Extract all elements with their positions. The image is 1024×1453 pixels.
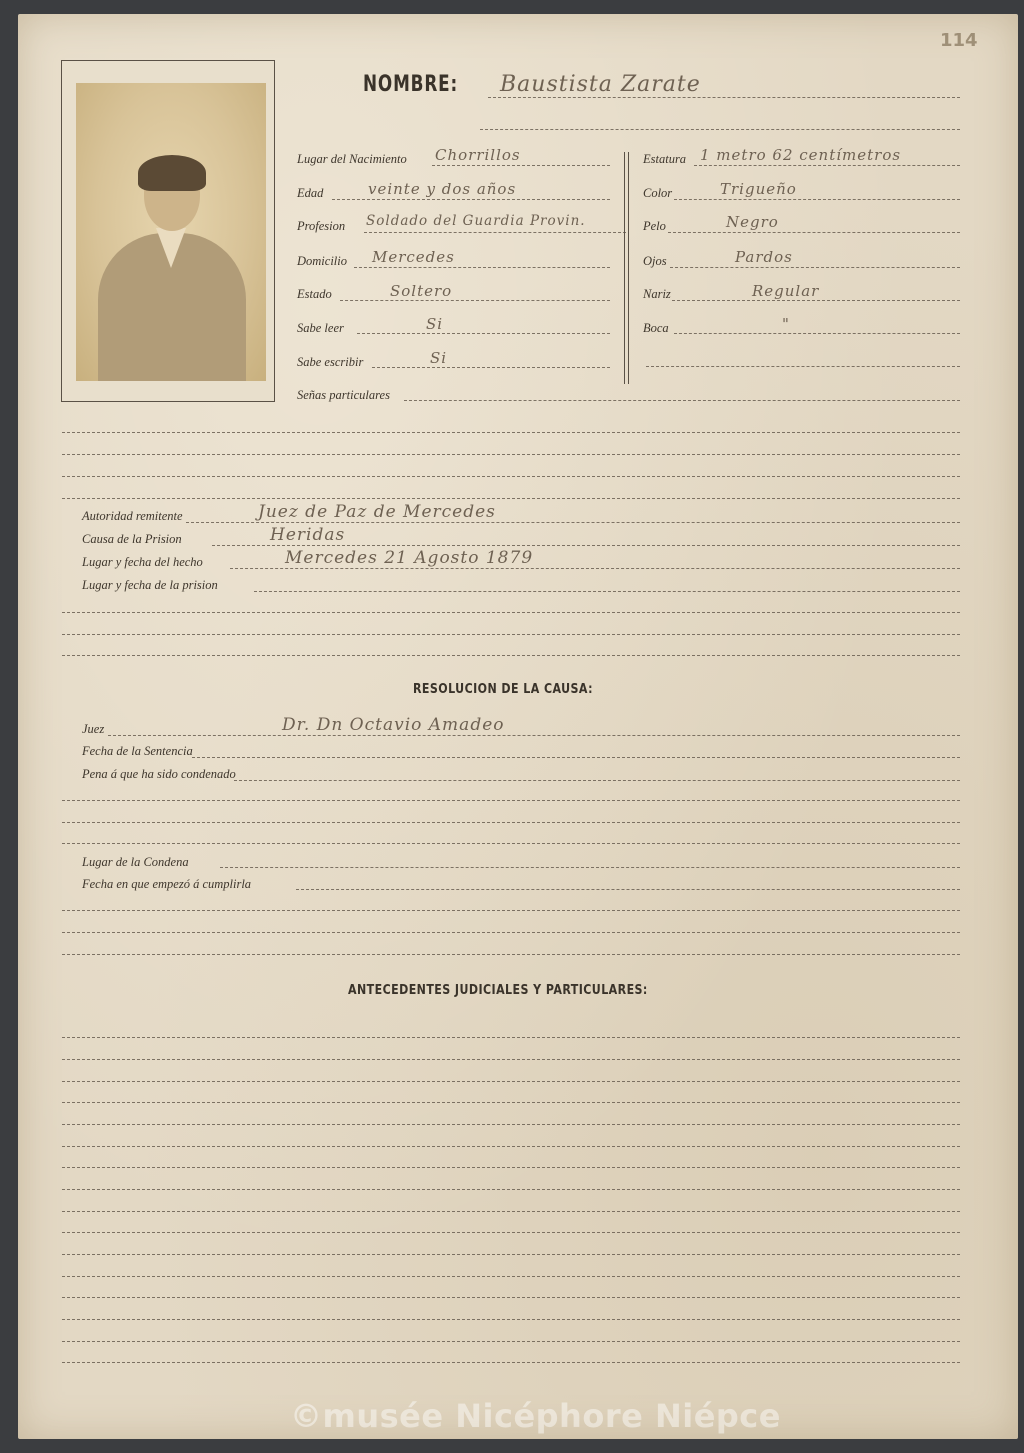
field-rule bbox=[694, 165, 960, 166]
field-label: Domicilio bbox=[297, 254, 347, 269]
blank-line bbox=[62, 432, 960, 433]
blank-line bbox=[62, 1059, 960, 1060]
field-label: Juez bbox=[82, 722, 104, 737]
field-rule bbox=[192, 757, 960, 758]
portrait-hair bbox=[138, 155, 206, 191]
name-rule-2 bbox=[480, 129, 960, 130]
field-label: Señas particulares bbox=[297, 388, 390, 403]
field-label: Color bbox=[643, 186, 672, 201]
field-rule bbox=[668, 232, 960, 233]
field-value: Regular bbox=[752, 282, 819, 300]
resolution-heading: RESOLUCION DE LA CAUSA: bbox=[413, 682, 593, 697]
field-value: Heridas bbox=[270, 525, 345, 545]
field-value: 1 metro 62 centímetros bbox=[700, 146, 901, 164]
field-rule bbox=[364, 232, 626, 233]
field-value: veinte y dos años bbox=[368, 180, 516, 198]
field-value: Negro bbox=[726, 213, 779, 231]
field-label: Lugar y fecha del hecho bbox=[82, 555, 203, 570]
field-label: Sabe leer bbox=[297, 321, 344, 336]
field-value: Soldado del Guardia Provin. bbox=[366, 213, 586, 229]
field-rule bbox=[354, 267, 610, 268]
field-rule bbox=[670, 267, 960, 268]
field-label: Fecha de la Sentencia bbox=[82, 744, 193, 759]
field-value: Trigueño bbox=[720, 180, 797, 198]
blank-line bbox=[62, 655, 960, 656]
field-label: Pena á que ha sido condenado bbox=[82, 767, 236, 782]
field-value: Dr. Dn Octavio Amadeo bbox=[282, 715, 505, 735]
field-rule bbox=[674, 199, 960, 200]
field-rule bbox=[234, 780, 960, 781]
field-value: Juez de Paz de Mercedes bbox=[258, 502, 496, 522]
blank-line bbox=[62, 1362, 960, 1363]
blank-line bbox=[62, 1319, 960, 1320]
column-divider bbox=[624, 152, 629, 384]
field-rule bbox=[296, 889, 960, 890]
blank-line bbox=[62, 498, 960, 499]
blank-line bbox=[62, 800, 960, 801]
field-rule bbox=[220, 867, 960, 868]
blank-line bbox=[62, 843, 960, 844]
field-rule bbox=[404, 400, 960, 401]
field-rule bbox=[332, 199, 610, 200]
blank-line bbox=[62, 1081, 960, 1082]
field-value: Pardos bbox=[735, 248, 793, 266]
blank-line bbox=[62, 932, 960, 933]
field-label: Lugar de la Condena bbox=[82, 855, 189, 870]
field-label: Pelo bbox=[643, 219, 666, 234]
page-title: NOMBRE: bbox=[363, 72, 458, 97]
blank-line bbox=[62, 822, 960, 823]
field-rule bbox=[372, 367, 610, 368]
blank-line bbox=[62, 954, 960, 955]
blank-line bbox=[62, 1102, 960, 1103]
field-label: Lugar del Nacimiento bbox=[297, 152, 407, 167]
field-label: Estatura bbox=[643, 152, 686, 167]
name-rule bbox=[488, 97, 960, 98]
field-label: Causa de la Prision bbox=[82, 532, 182, 547]
blank-line bbox=[62, 1146, 960, 1147]
field-rule bbox=[672, 300, 960, 301]
blank-line bbox=[62, 634, 960, 635]
field-label: Boca bbox=[643, 321, 669, 336]
blank-line bbox=[62, 1211, 960, 1212]
field-value: Si bbox=[426, 315, 443, 333]
watermark: ©musée Nicéphore Niépce bbox=[290, 1397, 781, 1435]
field-label: Fecha en que empezó á cumplirla bbox=[82, 877, 251, 892]
field-rule bbox=[340, 300, 610, 301]
field-rule bbox=[357, 333, 610, 334]
blank-line bbox=[62, 1189, 960, 1190]
antecedentes-heading: ANTECEDENTES JUDICIALES Y PARTICULARES: bbox=[348, 983, 648, 998]
blank-line bbox=[62, 1232, 960, 1233]
field-label: Sabe escribir bbox=[297, 355, 363, 370]
name-value: Baustista Zarate bbox=[500, 72, 701, 97]
field-rule bbox=[432, 165, 610, 166]
portrait-photo bbox=[76, 83, 266, 381]
blank-line bbox=[62, 910, 960, 911]
field-value: " bbox=[782, 315, 790, 333]
blank-line bbox=[62, 612, 960, 613]
field-label: Lugar y fecha de la prision bbox=[82, 578, 218, 593]
blank-line bbox=[62, 1276, 960, 1277]
field-label: Profesion bbox=[297, 219, 345, 234]
blank-line bbox=[62, 1124, 960, 1125]
field-value: Si bbox=[430, 349, 447, 367]
blank-line bbox=[62, 1297, 960, 1298]
blank-line bbox=[62, 1037, 960, 1038]
field-value: Soltero bbox=[390, 282, 452, 300]
field-label: Ojos bbox=[643, 254, 667, 269]
field-label: Nariz bbox=[643, 287, 671, 302]
field-rule bbox=[674, 333, 960, 334]
blank-line bbox=[62, 454, 960, 455]
field-value: Mercedes 21 Agosto 1879 bbox=[285, 548, 533, 568]
field-rule bbox=[186, 522, 960, 523]
field-value: Mercedes bbox=[372, 248, 455, 266]
field-label: Edad bbox=[297, 186, 323, 201]
field-label: Autoridad remitente bbox=[82, 509, 183, 524]
field-rule bbox=[254, 591, 960, 592]
field-value: Chorrillos bbox=[435, 146, 521, 164]
field-rule bbox=[230, 568, 960, 569]
blank-line bbox=[62, 1167, 960, 1168]
photo-frame bbox=[61, 60, 275, 402]
page-number: 114 bbox=[940, 30, 978, 51]
field-label: Estado bbox=[297, 287, 332, 302]
field-rule bbox=[108, 735, 960, 736]
field-rule bbox=[646, 366, 960, 367]
blank-line bbox=[62, 1341, 960, 1342]
blank-line bbox=[62, 476, 960, 477]
field-rule bbox=[212, 545, 960, 546]
blank-line bbox=[62, 1254, 960, 1255]
